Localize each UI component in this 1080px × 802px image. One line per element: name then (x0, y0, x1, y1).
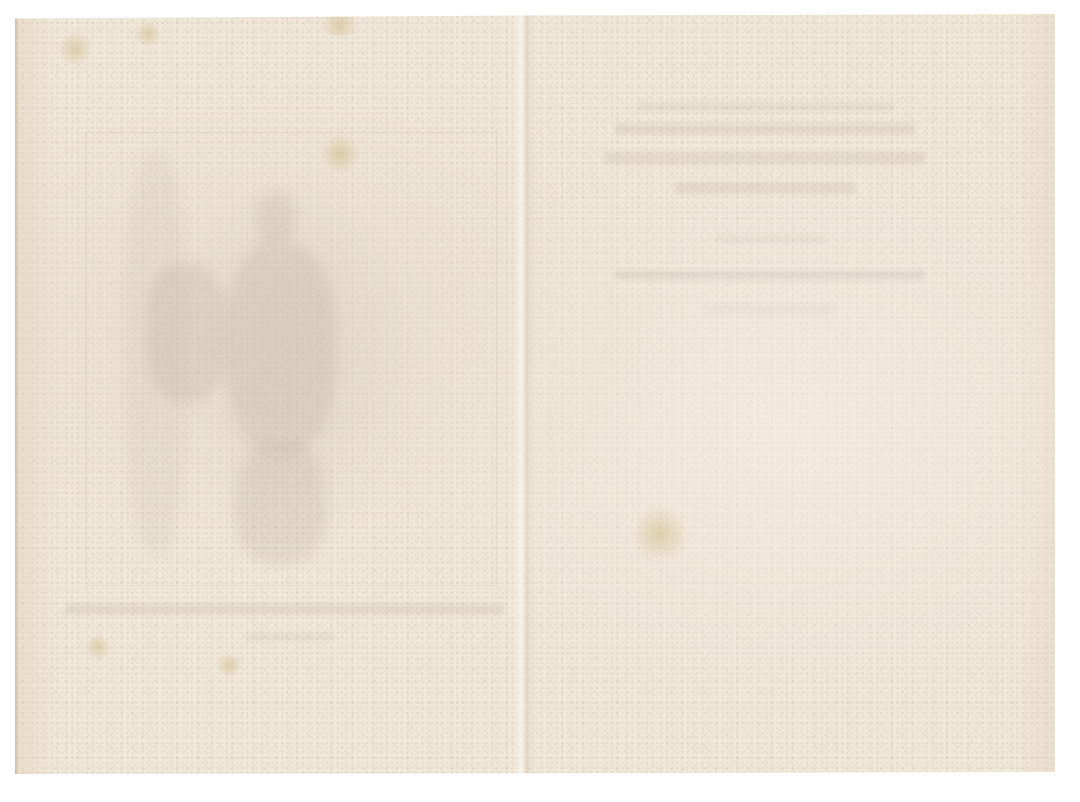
title-show-through (675, 182, 855, 194)
engraving-show-through (85, 132, 497, 586)
foxing-stain (215, 654, 243, 676)
foxing-stain (315, 14, 365, 36)
foxing-stain (85, 634, 111, 660)
left-edge-discoloration (15, 14, 19, 774)
caption-show-through (245, 632, 335, 642)
figure-head (256, 193, 296, 243)
title-show-through (615, 270, 925, 280)
figure-backdrop (126, 153, 186, 553)
title-show-through (635, 102, 895, 112)
center-fold (513, 14, 535, 774)
paper-sheet (15, 14, 1055, 774)
figure-body (226, 243, 336, 453)
figure-legs (236, 443, 326, 563)
foxing-stain (133, 22, 163, 46)
foxing-stain (55, 34, 95, 64)
title-show-through (715, 234, 825, 244)
caption-show-through (65, 604, 505, 614)
foxing-stain (630, 504, 690, 564)
title-show-through (615, 124, 915, 134)
title-show-through (705, 304, 835, 314)
title-show-through (605, 152, 925, 164)
